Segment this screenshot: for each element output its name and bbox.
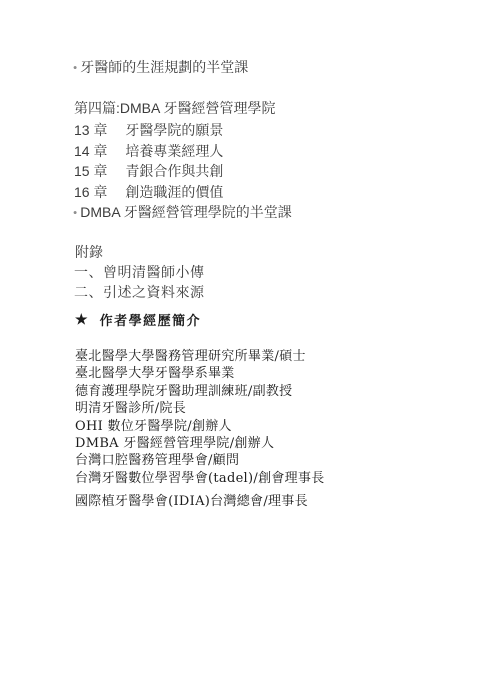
chapter-title: 培養專業經理人: [125, 143, 223, 159]
bullet-icon: ●: [73, 209, 77, 216]
credential-line-final: 國際植牙醫學會(IDIA)台灣總會/理事長: [75, 494, 308, 509]
chapter-item-14: 14 章 培養專業經理人: [74, 143, 223, 159]
chapter-title: 牙醫學院的願景: [125, 122, 223, 138]
credential-line: OHI 數位牙醫學院/創辦人: [75, 418, 325, 435]
appendix-item-2: 二、引述之資料來源: [74, 284, 205, 300]
author-heading-label: 作者學經歷簡介: [100, 314, 202, 329]
bullet-icon: ●: [73, 64, 77, 71]
document-page: ● 牙醫師的生涯規劃的半堂課 第四篇:DMBA 牙醫經營管理學院 13 章 牙醫…: [0, 0, 494, 700]
part-four-title: 第四篇:DMBA 牙醫經營管理學院: [74, 100, 275, 116]
credential-line: 台灣口腔醫務管理學會/顧問: [75, 452, 325, 469]
chapter-title: 青銀合作與共創: [125, 163, 223, 179]
chapter-item-16: 16 章 創造職涯的價值: [74, 184, 223, 200]
chapter-number: 13 章: [74, 122, 107, 138]
chapter-title: 創造職涯的價值: [125, 184, 223, 200]
chapter-number: 15 章: [74, 163, 107, 179]
toc-entry-dmba-half-lesson: ● DMBA 牙醫經營管理學院的半堂課: [73, 204, 292, 220]
toc-entry-career-half-lesson: ● 牙醫師的生涯規劃的半堂課: [73, 59, 248, 75]
credential-line: 臺北醫學大學醫務管理研究所畢業/碩士: [75, 348, 325, 365]
author-credentials-list: 臺北醫學大學醫務管理研究所畢業/碩士 臺北醫學大學牙醫學系畢業 德育護理學院牙醫…: [75, 348, 325, 487]
credential-line: 台灣牙醫數位學習學會(tadel)/創會理事長: [75, 470, 325, 487]
chapter-number: 16 章: [74, 184, 107, 200]
appendix-item-1: 一、曾明清醫師小傳: [74, 264, 205, 280]
credential-line: DMBA 牙醫經營管理學院/創辦人: [75, 435, 325, 452]
chapter-number: 14 章: [74, 143, 107, 159]
author-section-heading: ★ 作者學經歷簡介: [75, 314, 201, 329]
chapter-item-15: 15 章 青銀合作與共創: [74, 163, 223, 179]
appendix-title: 附錄: [75, 244, 103, 260]
toc-entry-label: 牙醫師的生涯規劃的半堂課: [80, 59, 248, 75]
credential-line: 明清牙醫診所/院長: [75, 400, 325, 417]
chapter-item-13: 13 章 牙醫學院的願景: [74, 122, 223, 138]
credential-line: 臺北醫學大學牙醫學系畢業: [75, 365, 325, 382]
star-icon: ★: [75, 313, 88, 328]
credential-line: 德育護理學院牙醫助理訓練班/副教授: [75, 383, 325, 400]
toc-entry-label: DMBA 牙醫經營管理學院的半堂課: [80, 204, 292, 220]
